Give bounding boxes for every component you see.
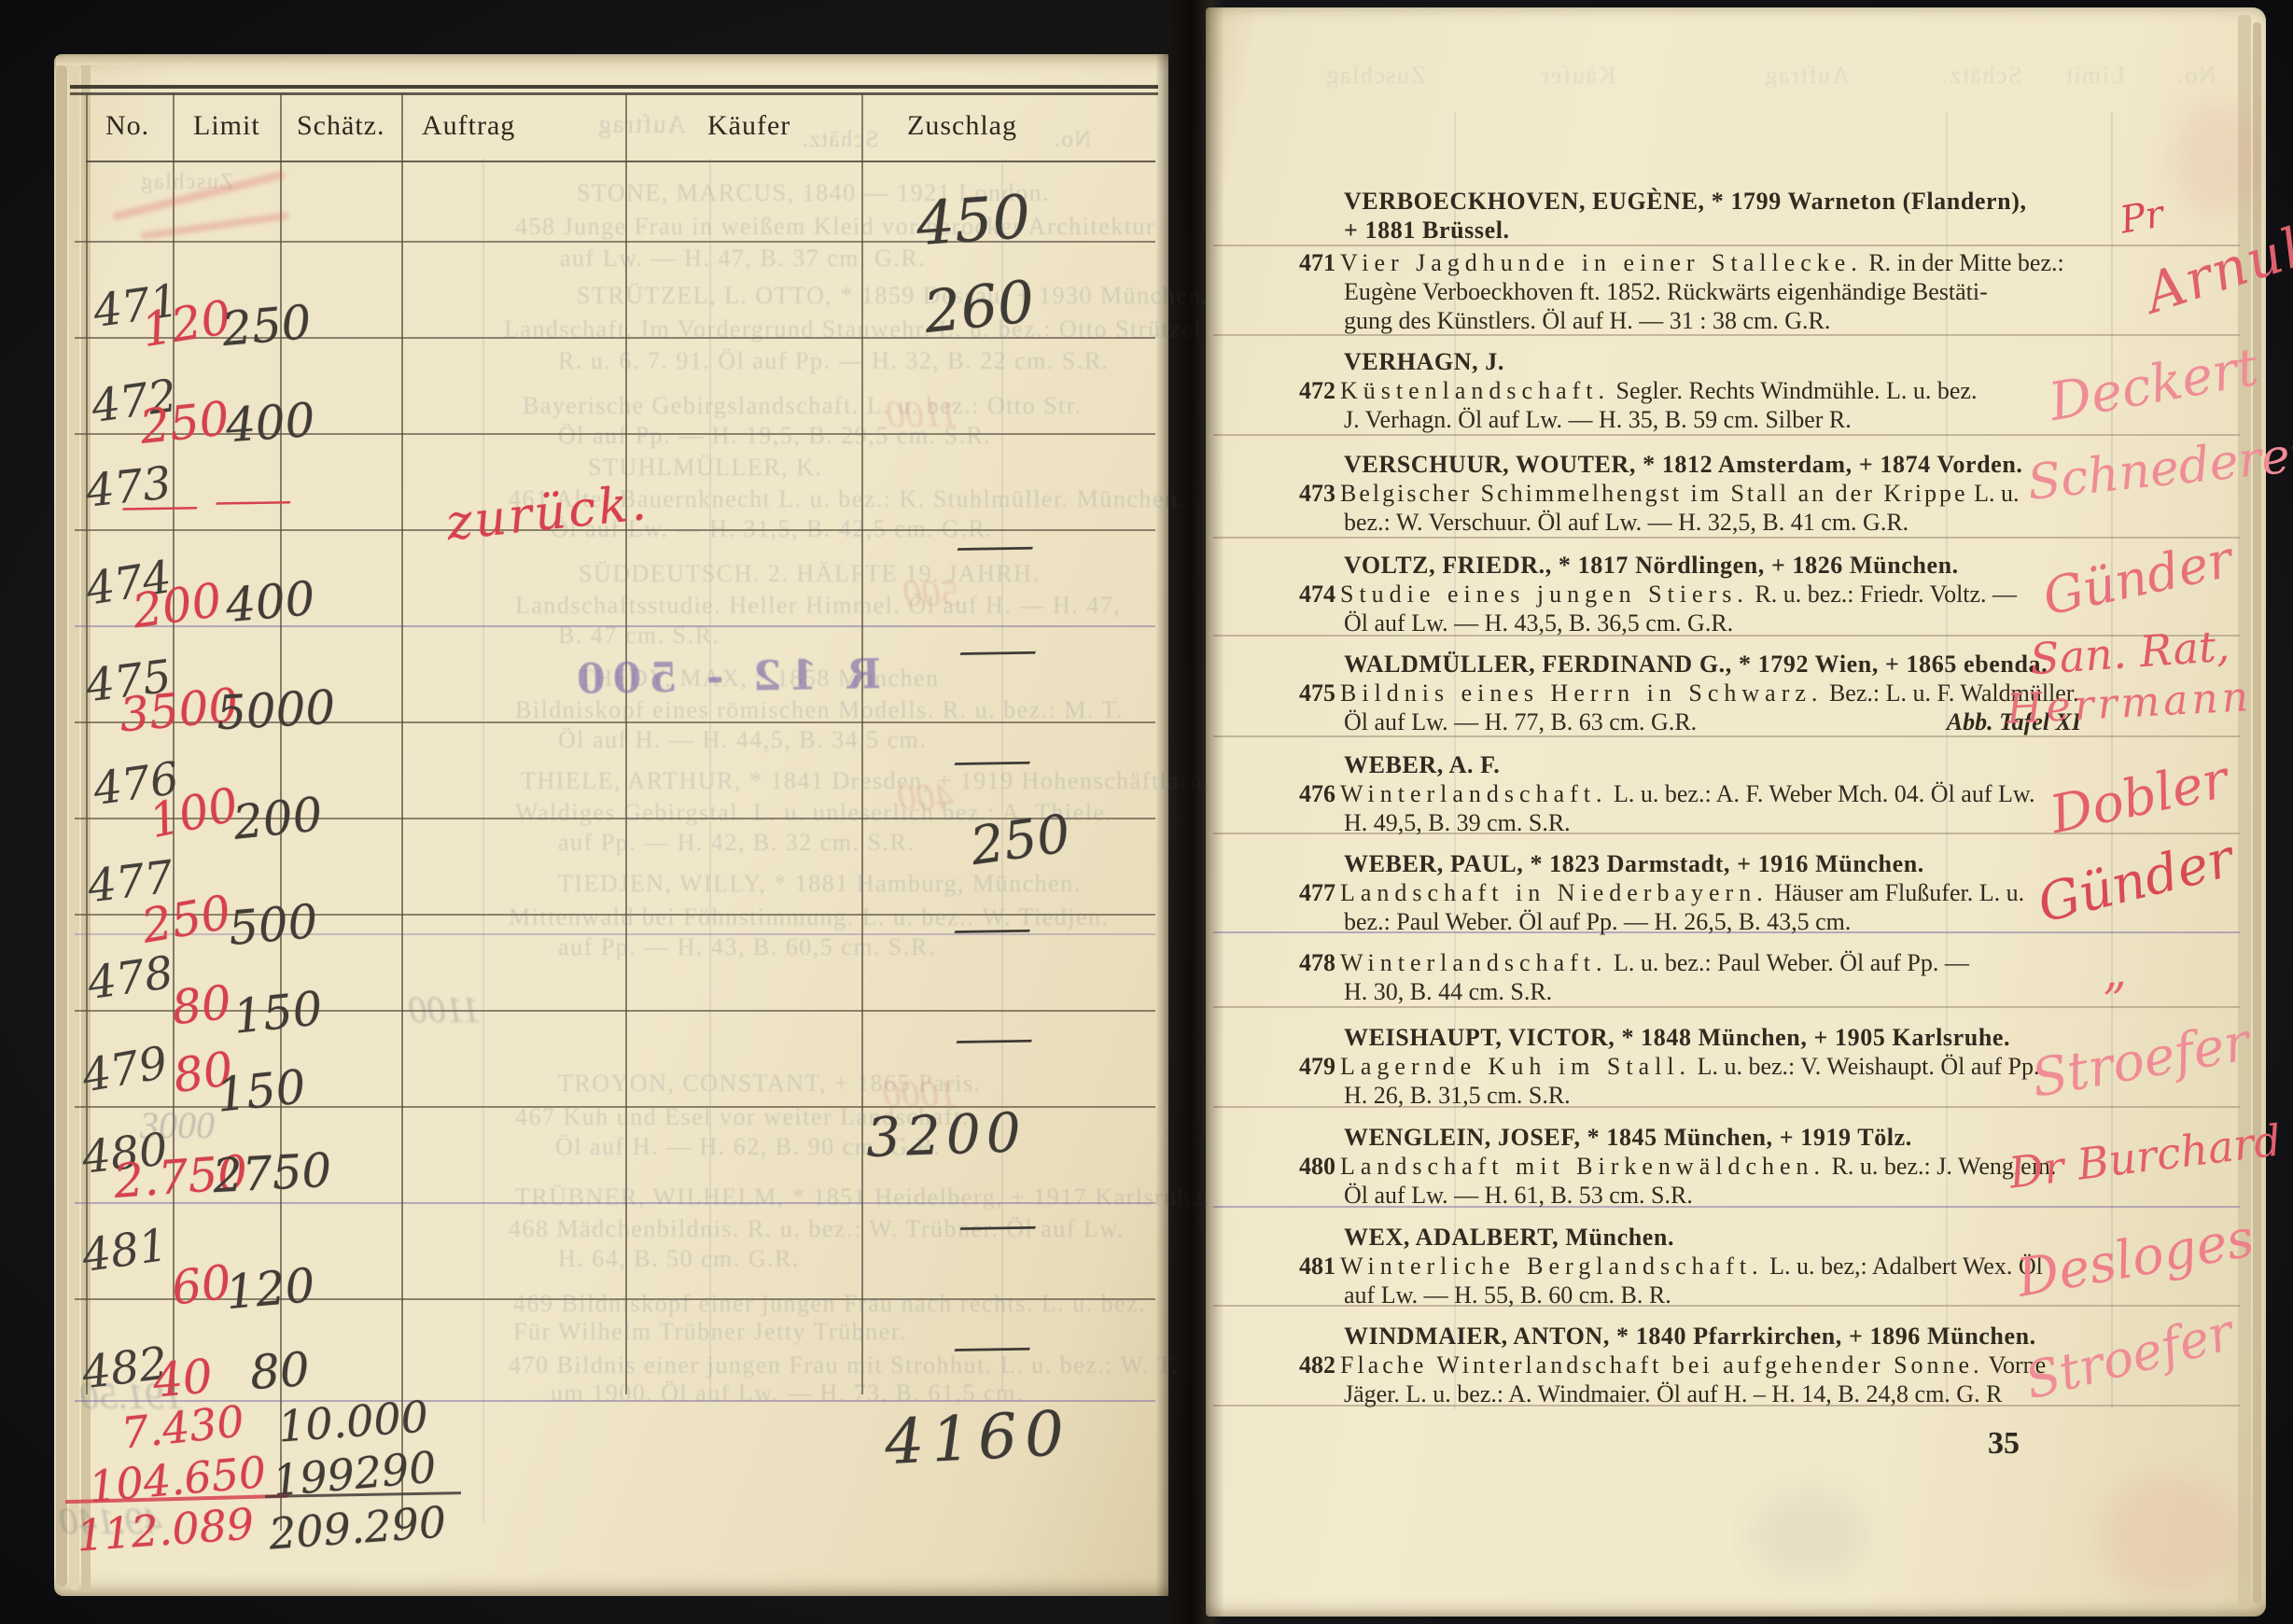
artist-name: VERBOECKHOVEN, EUGÈNE, * 1799 Warneton (… — [1344, 187, 2089, 216]
schaetz-dash: — — [211, 479, 296, 521]
ghost-header: Käufer — [1540, 62, 1615, 90]
ghost-header-no: No. — [1053, 127, 1091, 153]
limit-value: 80 — [169, 975, 233, 1035]
schaetz-value: 150 — [231, 981, 325, 1044]
buyer-ditto-mark: „ — [2100, 944, 2129, 1000]
lot-desc: Öl auf Lw. — H. 77, B. 63 cm. G.R.Abb. T… — [1344, 707, 2089, 736]
lot-desc: gung des Künstlers. Öl auf H. — 31 : 38 … — [1344, 306, 2089, 335]
ghost-line: Bayerische Gebirgslandschaft. L. u. bez.… — [523, 392, 1083, 420]
catalog-entry-472: VERHAGN, J. 472Küstenlandschaft. Segler.… — [1299, 347, 2089, 434]
lot-desc: R. u. bez.: Friedr. Voltz. — — [1755, 581, 2017, 608]
lot-desc: H. 30, B. 44 cm. S.R. — [1344, 977, 2089, 1006]
lot-desc: Öl auf Lw. — H. 61, B. 53 cm. S.R. — [1344, 1181, 2089, 1210]
lot-title: Landschaft in Niederbayern. — [1340, 879, 1769, 906]
ghost-line: Für Wilhelm Trübner Jetty Trübner. — [513, 1318, 906, 1346]
lot-desc: Segler. Rechts Windmühle. L. u. bez. — [1616, 377, 1978, 404]
entry-rule — [1213, 434, 2240, 436]
ghost-line: auf Pp. — H. 42, B. 32 cm. S.R. — [558, 829, 915, 857]
schaetz-value: 500 — [227, 894, 320, 956]
ink-smudge — [2174, 103, 2258, 215]
ghost-line: 458 Junge Frau in weißem Kleid vor baroc… — [515, 213, 1155, 241]
catalog-entry-481: WEX, ADALBERT, München. 481Winterliche B… — [1299, 1223, 2089, 1309]
col-header-auftrag: Auftrag — [422, 110, 515, 142]
auction-ledger-scan: No. Limit Schätz. Auftrag Käufer Zuschla… — [0, 0, 2293, 1624]
catalog-entry-475: WALDMÜLLER, FERDINAND G., * 1792 Wien, +… — [1299, 650, 2089, 736]
ghost-line: H. 64, B. 50 cm. G.R. — [558, 1245, 800, 1273]
lot-number: 472 — [1299, 376, 1340, 405]
page-number: 35 — [1988, 1426, 2020, 1462]
ghost-line: THIELE, ARTHUR, * 1841 Dresden, + 1919 H… — [521, 767, 1210, 795]
ghost-header-schaetz: Schätz. — [801, 127, 878, 153]
ghost-line: Landschaft. Im Vordergrund Stauwehr. L. … — [504, 315, 1202, 343]
lot-desc: auf Lw. — H. 55, B. 60 cm. B. R. — [1344, 1281, 2089, 1309]
lot-title: Bildnis eines Herrn in Schwarz. — [1340, 679, 1823, 707]
catalog-entry-478: 478Winterlandschaft. L. u. bez.: Paul We… — [1299, 948, 2089, 1006]
lot-title: Küstenlandschaft. — [1340, 377, 1610, 404]
ghost-number: 400 — [898, 775, 954, 819]
ghost-header: Schätz. — [1941, 62, 2021, 90]
lot-number: 471 — [1299, 248, 1340, 277]
page-edge-top — [56, 56, 1157, 65]
zuschlag-dash: — — [955, 1201, 1041, 1248]
lot-title: Winterlandschaft. — [1340, 780, 1608, 807]
violet-stamp: R 12 - 500 — [569, 651, 882, 704]
ghost-number: 1100 — [409, 987, 481, 1031]
lot-number: 477 — [1299, 878, 1340, 907]
artist-name: WENGLEIN, JOSEF, * 1845 München, + 1919 … — [1344, 1123, 2089, 1152]
ghost-line: Landschaftsstudie. Heller Himmel. Öl auf… — [515, 592, 1121, 620]
schaetz-value: 5000 — [216, 680, 337, 741]
ghost-line: B. 47 cm. S.R. — [558, 622, 720, 650]
catalog-entry-476: WEBER, A. F. 476Winterlandschaft. L. u. … — [1299, 750, 2089, 837]
lot-desc: bez.: Paul Weber. Öl auf Pp. — H. 26,5, … — [1344, 907, 2089, 936]
limit-value: 250 — [137, 391, 231, 455]
binding-gutter — [1155, 0, 1224, 1624]
lot-number: 482 — [1299, 1351, 1340, 1379]
zuschlag-dash: — — [949, 1323, 1035, 1369]
lot-number: 478 — [1299, 948, 1340, 977]
zuschlag-value: 3200 — [865, 1100, 1028, 1169]
lot-desc: Häuser am Flußufer. L. u. — [1774, 879, 2024, 906]
buyer-note: Pr — [2117, 192, 2166, 242]
lot-number: 475 — [1299, 679, 1340, 707]
lot-desc: L. u. bez.: A. F. Weber Mch. 04. Öl auf … — [1614, 780, 2034, 807]
lot-desc: L. u. — [1974, 480, 2019, 507]
zuschlag-total: 4160 — [883, 1397, 1073, 1478]
lot-number: 481 — [1299, 1252, 1340, 1281]
ghost-line: R. u. 6. 7. 91. Öl auf Pp. — H. 32, B. 2… — [558, 347, 1110, 375]
lot-desc: L. u. bez.: V. Weishaupt. Öl auf Pp. — [1698, 1053, 2040, 1080]
ghost-header-auftrag: Auftrag — [597, 110, 685, 139]
catalog-entry-474: VOLTZ, FRIEDR., * 1817 Nördlingen, + 182… — [1299, 551, 2089, 637]
ghost-line: auf Pp. — H. 43, B. 60,5 cm. S.R. — [558, 933, 936, 961]
col-header-kaeufer: Käufer — [707, 110, 790, 142]
catalog-entry-471: VERBOECKHOVEN, EUGÈNE, * 1799 Warneton (… — [1299, 187, 2089, 335]
artist-name: VERHAGN, J. — [1344, 347, 2089, 376]
lot-number: 479 — [1299, 1052, 1340, 1081]
entry-rule — [1213, 1006, 2240, 1008]
schaetz-value: 400 — [224, 393, 316, 454]
artist-name: WEISHAUPT, VICTOR, * 1848 München, + 190… — [1344, 1023, 2089, 1052]
ghost-header: Auftrag — [1764, 62, 1849, 90]
ghost-header: Zuschlag — [1325, 62, 1425, 90]
lot-desc: Öl auf Lw. — H. 43,5, B. 36,5 cm. G.R. — [1344, 609, 2089, 637]
lot-title: Belgischer Schimmelhengst im Stall an de… — [1340, 480, 1968, 507]
col-header-schaetz: Schätz. — [297, 110, 384, 142]
artist-name: WEX, ADALBERT, München. — [1344, 1223, 2089, 1252]
schaetz-value: 250 — [220, 295, 314, 357]
lot-desc: Jäger. L. u. bez.: A. Windmaier. Öl auf … — [1344, 1379, 2089, 1408]
lot-desc: L. u. bez,: Adalbert Wex. Öl — [1769, 1253, 2043, 1280]
lot-desc: H. 49,5, B. 39 cm. S.R. — [1344, 808, 2089, 837]
ghost-number: 1100 — [887, 392, 958, 436]
lot-number: 480 — [1299, 1152, 1340, 1181]
zuschlag-dash: — — [949, 904, 1035, 951]
lot-title: Studie eines jungen Stiers. — [1340, 581, 1749, 608]
lot-number: 476 — [1299, 779, 1340, 808]
artist-name: WINDMAIER, ANTON, * 1840 Pfarrkirchen, +… — [1344, 1322, 2089, 1351]
ghost-header: No. — [2176, 62, 2216, 90]
ghost-line: 470 Bildnis einer jungen Frau mit Strohh… — [509, 1351, 1179, 1379]
page-edge-stack — [56, 65, 67, 1587]
artist-name: VOLTZ, FRIEDR., * 1817 Nördlingen, + 182… — [1344, 551, 2089, 580]
artist-name: WALDMÜLLER, FERDINAND G., * 1792 Wien, +… — [1344, 650, 2089, 679]
lot-number: 474 — [1299, 580, 1340, 609]
artist-name: WEBER, A. F. — [1344, 750, 2089, 779]
col-header-zuschlag: Zuschlag — [907, 110, 1017, 142]
bleed-col-rule — [2111, 112, 2113, 1409]
schaetz-value: 80 — [248, 1342, 312, 1400]
lot-desc: bez.: W. Verschuur. Öl auf Lw. — H. 32,5… — [1344, 508, 2089, 537]
ghost-line: auf Lw. — H. 47, B. 37 cm. G.R. — [560, 245, 926, 273]
lot-title: Winterliche Berglandschaft. — [1340, 1253, 1764, 1280]
col-rule-left — [86, 93, 88, 1394]
lot-title: Vier Jagdhunde in einer Stallecke. — [1340, 249, 1863, 276]
schaetz-value: 2750 — [212, 1143, 333, 1204]
lot-title: Winterlandschaft. — [1340, 949, 1608, 976]
ink-smudge — [1755, 1493, 1867, 1577]
lot-desc: L. u. bez.: Paul Weber. Öl auf Pp. — — [1614, 949, 1969, 976]
lot-desc-text: Öl auf Lw. — H. 77, B. 63 cm. G.R. — [1344, 708, 1697, 735]
zuschlag-dash: — — [949, 736, 1035, 783]
lot-number: 473 — [1299, 479, 1340, 508]
ghost-line: TIEDJEN, WILLY, * 1881 Hamburg, München. — [558, 870, 1082, 898]
catalog-entry-480: WENGLEIN, JOSEF, * 1845 München, + 1919 … — [1299, 1123, 2089, 1210]
table-top-rule — [70, 85, 1158, 89]
limit-value: 60 — [169, 1254, 234, 1315]
col-rule-schaetz-auftrag — [401, 93, 403, 1531]
page-edge-stack — [69, 60, 79, 1590]
ink-smudge — [2100, 1475, 2240, 1596]
ghost-number: 500 — [903, 571, 959, 615]
lot-desc: Eugène Verboeckhoven ft. 1852. Rückwärts… — [1344, 277, 2089, 306]
artist-name: VERSCHUUR, WOUTER, * 1812 Amsterdam, + 1… — [1344, 450, 2089, 479]
lot-desc: H. 26, B. 31,5 cm. S.R. — [1344, 1081, 2089, 1110]
catalog-entry-473: VERSCHUUR, WOUTER, * 1812 Amsterdam, + 1… — [1299, 450, 2089, 537]
header-bottom-rule — [86, 161, 1155, 162]
ghost-line: 469 Bildniskopf einer jungen Frau nach r… — [513, 1290, 1146, 1318]
ghost-line: TRÜBNER, WILHELM, * 1851 Heidelberg, + 1… — [515, 1183, 1210, 1211]
lot-title: Flache Winterlandschaft bei aufgehender … — [1340, 1351, 1983, 1379]
entry-rule — [1213, 537, 2240, 539]
limit-dash: — — [118, 484, 203, 526]
lot-desc: R. in der Mitte bez.: — [1868, 249, 2063, 276]
catalog-entry-482: WINDMAIER, ANTON, * 1840 Pfarrkirchen, +… — [1299, 1322, 2089, 1408]
col-header-limit: Limit — [193, 110, 260, 142]
col-header-no: No. — [105, 110, 149, 142]
zuschlag-dash: — — [952, 522, 1038, 568]
ghost-line: STRÜTZEL, L. OTTO, * 1859 Dessau, + 1930… — [577, 282, 1209, 310]
lot-desc: J. Verhagn. Öl auf Lw. — H. 35, B. 59 cm… — [1344, 405, 2089, 434]
artist-name-line2: + 1881 Brüssel. — [1344, 216, 2089, 245]
schaetz-subtotal: 10.000 — [276, 1391, 429, 1451]
lot-title: Landschaft mit Birkenwäldchen. — [1340, 1153, 1825, 1180]
schaetz-value: 120 — [224, 1258, 317, 1320]
schaetz-value: 150 — [214, 1059, 308, 1123]
schaetz-value: 200 — [231, 787, 325, 850]
schaetz-value: 400 — [224, 571, 317, 633]
bleed-col-rule — [482, 159, 484, 1521]
catalog-entry-479: WEISHAUPT, VICTOR, * 1848 München, + 190… — [1299, 1023, 2089, 1110]
ghost-line: Öl auf H. — H. 44,5, B. 34,5 cm. — [558, 726, 927, 754]
zuschlag-value: 450 — [915, 183, 1033, 259]
zuschlag-dash: — — [951, 1015, 1037, 1061]
artist-name: WEBER, PAUL, * 1823 Darmstadt, + 1916 Mü… — [1344, 849, 2089, 878]
table-top-rule2 — [70, 92, 1158, 95]
zuschlag-value: 260 — [921, 267, 1038, 346]
zuschlag-dash: — — [955, 626, 1041, 673]
lot-title: Lagernde Kuh im Stall. — [1340, 1053, 1691, 1080]
ghost-header: Limit — [2064, 62, 2125, 90]
catalog-entry-477: WEBER, PAUL, * 1823 Darmstadt, + 1916 Mü… — [1299, 849, 2089, 936]
